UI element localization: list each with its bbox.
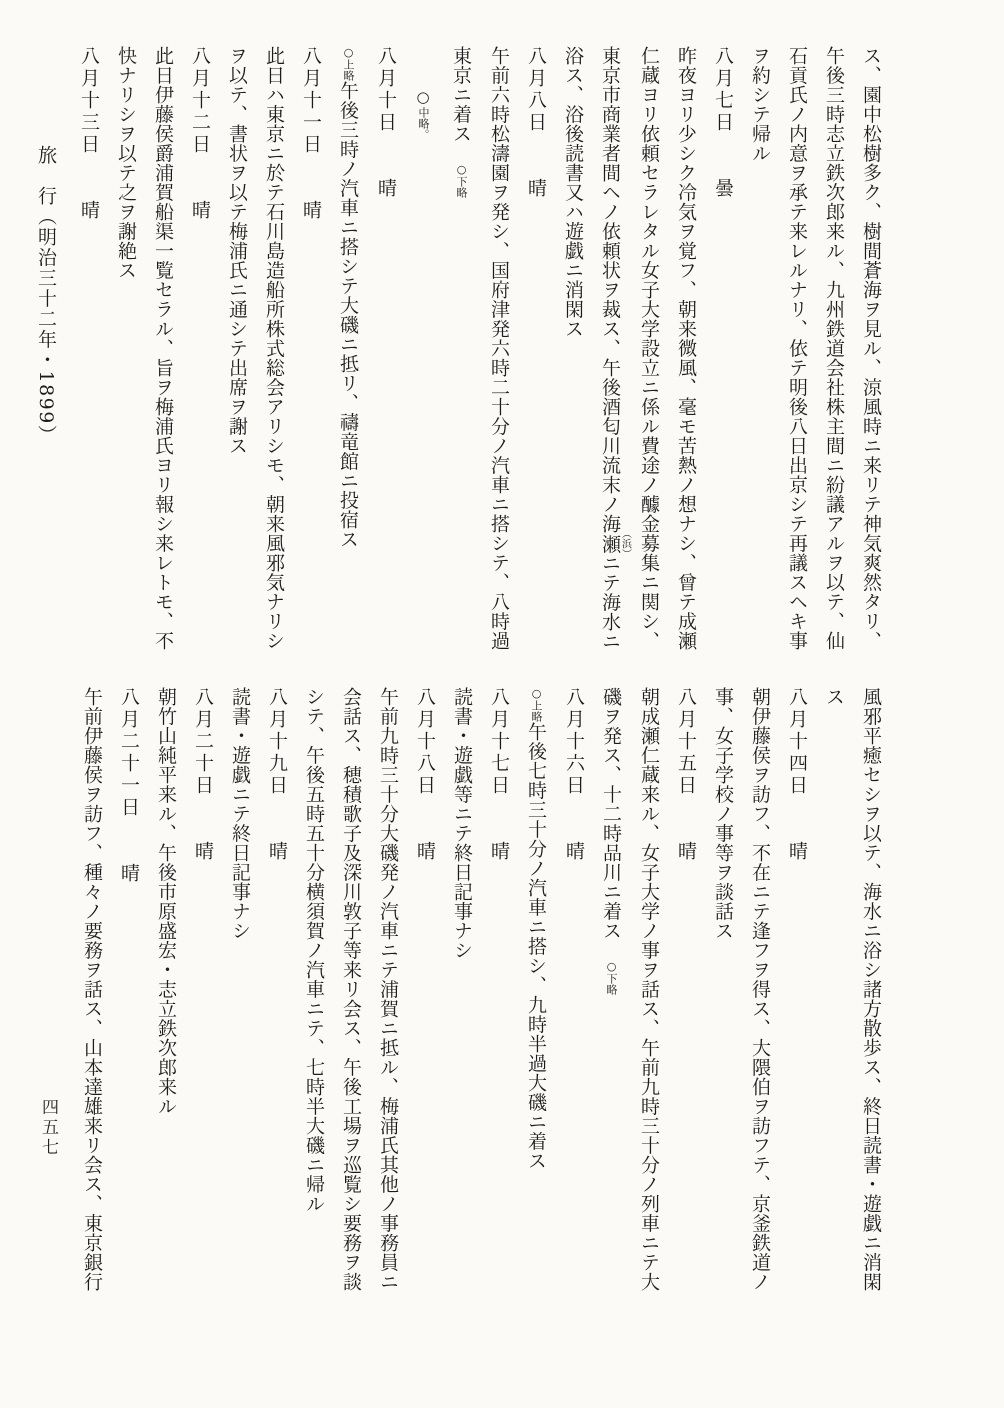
text-run: 快ナリシヲ以テ之ヲ謝絶ス xyxy=(115,46,137,280)
text-run: 八月二十日 晴 xyxy=(192,687,214,863)
page-number: 四五七 xyxy=(36,1098,61,1158)
text-run: 八月十七日 晴 xyxy=(488,687,510,863)
text-column-body: 午前九時三十分大磯発ノ汽車ニテ浦賀ニ抵ル、梅浦氏其他ノ事務員ニ xyxy=(369,687,406,1332)
text-column-body: ヲ以テ、書状ヲ以テ梅浦氏ニ通シテ出席ヲ謝ス xyxy=(218,46,255,691)
text-column-body: 朝竹山純平来ル、午後市原盛宏・志立鉄次郎来ル xyxy=(147,687,184,1332)
text-column-date: 八月十四日 晴 xyxy=(778,687,815,1332)
text-column-note: ○中略。 xyxy=(404,46,442,691)
text-run: 八月十二日 晴 xyxy=(189,46,211,222)
text-run: 午前九時三十分大磯発ノ汽車ニテ浦賀ニ抵ル、梅浦氏其他ノ事務員ニ xyxy=(377,687,399,1292)
text-column-body: 読書・遊戯ニテ終日記事ナシ xyxy=(221,687,258,1332)
text-column-body: 風邪平癒セシヲ以テ、海水ニ浴シ諸方散歩ス、終日読書・遊戯ニ消閑 xyxy=(852,687,889,1332)
text-run: 朝竹山純平来ル、午後市原盛宏・志立鉄次郎来ル xyxy=(155,687,177,1116)
text-run: 午後七時三十分ノ汽車ニ搭シ、九時半過大磯ニ着ス xyxy=(525,722,547,1171)
text-run: ス xyxy=(823,687,845,707)
text-column-date: 八月二十一日 晴 xyxy=(110,687,147,1332)
text-column-body: 此日伊藤侯爵浦賀船渠一覧セラル、旨ヲ梅浦氏ヨリ報シ来レトモ、不 xyxy=(144,46,181,691)
text-column-date: 八月十五日 晴 xyxy=(667,687,704,1332)
running-title: 旅 行（明治三十二年・1899） xyxy=(27,46,64,691)
text-run: 八月二十一日 晴 xyxy=(118,687,140,885)
text-run: 八月十日 晴 xyxy=(375,46,397,200)
text-run: 読書・遊戯ニテ終日記事ナシ xyxy=(229,687,251,941)
text-column-date: 八月十六日 晴 xyxy=(555,687,592,1332)
text-column-body: 事、女子学校ノ事等ヲ談話ス xyxy=(704,687,741,1332)
text-run: 風邪平癒セシヲ以テ、海水ニ浴シ諸方散歩ス、終日読書・遊戯ニ消閑 xyxy=(860,687,882,1292)
ruby-annotated-char: 瀬（浜） xyxy=(599,534,621,554)
text-column-date: 八月十日 晴 xyxy=(367,46,404,691)
text-column-body: ス xyxy=(815,687,852,1332)
text-run: 八月十九日 晴 xyxy=(266,687,288,863)
text-run: 八月十八日 晴 xyxy=(414,687,436,863)
bottom-columns: 風邪平癒セシヲ以テ、海水ニ浴シ諸方散歩ス、終日読書・遊戯ニ消閑ス八月十四日 晴朝… xyxy=(73,687,889,1332)
text-column-body: シテ、午後五時五十分横須賀ノ汽車ニテ、七時半大磯ニ帰ル xyxy=(295,687,332,1332)
text-run: ヲ約シテ帰ル xyxy=(749,46,771,163)
text-run: 午前伊藤侯ヲ訪フ、種々ノ要務ヲ話ス、山本達雄来リ会ス、東京銀行 xyxy=(81,687,103,1292)
text-run: 午後三時志立鉄次郎来ル、九州鉄道会社株主間ニ紛議アルヲ以テ、仙 xyxy=(823,46,845,651)
text-run: ニテ海水ニ xyxy=(599,554,621,652)
text-run: 浴ス、浴後読書又ハ遊戯ニ消閑ス xyxy=(562,46,584,339)
text-run: シテ、午後五時五十分横須賀ノ汽車ニテ、七時半大磯ニ帰ル xyxy=(303,687,325,1214)
text-run: 昨夜ヨリ少シク冷気ヲ覚フ、朝来微風、毫モ苦熱ノ想ナシ、曾テ成瀬 xyxy=(675,46,697,651)
text-run: 八月八日 晴 xyxy=(525,46,547,200)
text-column-body: 昨夜ヨリ少シク冷気ヲ覚フ、朝来微風、毫モ苦熱ノ想ナシ、曾テ成瀬 xyxy=(667,46,704,691)
text-column-date: 八月二十日 晴 xyxy=(184,687,221,1332)
text-run: 八月七日 曇 xyxy=(712,46,734,200)
text-run: ヲ以テ、書状ヲ以テ梅浦氏ニ通シテ出席ヲ謝ス xyxy=(226,46,248,456)
text-column-body: 仁蔵ヨリ依頼セラレタル女子大学設立ニ係ル費途ノ醵金募集ニ関シ、 xyxy=(630,46,667,691)
inline-abbrev-note: ○上略 xyxy=(342,46,355,81)
text-run: 八月十三日 晴 xyxy=(78,46,100,222)
text-column-body: 石貢氏ノ内意ヲ承テ来レルナリ、依テ明後八日出京シテ再議スヘキ事 xyxy=(778,46,815,691)
inline-abbrev-note: ○上略 xyxy=(530,687,543,722)
text-run: 朝伊藤侯ヲ訪フ、不在ニテ逢フヲ得ス、大隈伯ヲ訪フテ、京釜鉄道ノ xyxy=(749,687,771,1292)
text-column-date: 八月七日 曇 xyxy=(704,46,741,691)
text-run: 東京ニ着ス xyxy=(450,46,472,163)
text-column-body: 東京市商業者間ヘノ依頼状ヲ裁ス、午後酒匂川流末ノ海瀬（浜）ニテ海水ニ xyxy=(591,46,630,691)
bottom-text-block: 風邪平癒セシヲ以テ、海水ニ浴シ諸方散歩ス、終日読書・遊戯ニ消閑ス八月十四日 晴朝… xyxy=(73,687,889,1332)
text-column-date: 八月十八日 晴 xyxy=(406,687,443,1332)
text-run: 事、女子学校ノ事等ヲ談話ス xyxy=(712,687,734,941)
text-column-date: 八月十九日 晴 xyxy=(258,687,295,1332)
text-column-body: 浴ス、浴後読書又ハ遊戯ニ消閑ス xyxy=(554,46,591,691)
text-column-body: 磯ヲ発ス、十二時品川ニ着ス ○下略 xyxy=(592,687,630,1332)
text-run: ス、園中松樹多ク、樹間蒼海ヲ見ル、涼風時ニ来リテ神気爽然タリ、 xyxy=(860,46,882,651)
text-column-body: 午前六時松濤園ヲ発シ、国府津発六時二十分ノ汽車ニ搭シテ、八時過 xyxy=(480,46,517,691)
text-column-body: 午後三時志立鉄次郎来ル、九州鉄道会社株主間ニ紛議アルヲ以テ、仙 xyxy=(815,46,852,691)
text-run: 磯ヲ発ス、十二時品川ニ着ス xyxy=(600,687,622,960)
text-run: 朝成瀬仁蔵来ル、女子大学ノ事ヲ話ス、午前九時三十分ノ列車ニテ大 xyxy=(638,687,660,1292)
text-column-body: ○上略午後三時ノ汽車ニ搭シテ大磯ニ抵リ、禱竜館ニ投宿ス xyxy=(329,46,367,691)
text-run: 此日ハ東京ニ於テ石川島造船所株式総会アリシモ、朝来風邪気ナリシ xyxy=(263,46,285,651)
text-column-date: 八月十三日 晴 xyxy=(70,46,107,691)
text-column-body: 快ナリシヲ以テ之ヲ謝絶ス xyxy=(107,46,144,691)
text-column-date: 八月十七日 晴 xyxy=(480,687,517,1332)
book-page: ス、園中松樹多ク、樹間蒼海ヲ見ル、涼風時ニ来リテ神気爽然タリ、午後三時志立鉄次郎… xyxy=(0,0,1004,1408)
text-column-body: ヲ約シテ帰ル xyxy=(741,46,778,691)
text-run: 八月十一日 晴 xyxy=(300,46,322,222)
text-column-body: ス、園中松樹多ク、樹間蒼海ヲ見ル、涼風時ニ来リテ神気爽然タリ、 xyxy=(852,46,889,691)
text-column-date: 八月十二日 晴 xyxy=(181,46,218,691)
text-run: ○ xyxy=(414,88,432,107)
text-column-date: 八月十一日 晴 xyxy=(292,46,329,691)
inline-abbrev-note: ○下略 xyxy=(605,960,618,995)
inline-abbrev-note: ○下略 xyxy=(455,163,468,198)
text-column-body: 午前伊藤侯ヲ訪フ、種々ノ要務ヲ話ス、山本達雄来リ会ス、東京銀行 xyxy=(73,687,110,1332)
text-run: 会話ス、穂積歌子及深川敦子等来リ会ス、午後工場ヲ巡覧シ要務ヲ談 xyxy=(340,687,362,1292)
text-column-body: 読書・遊戯等ニテ終日記事ナシ xyxy=(443,687,480,1332)
top-columns: ス、園中松樹多ク、樹間蒼海ヲ見ル、涼風時ニ来リテ神気爽然タリ、午後三時志立鉄次郎… xyxy=(70,46,889,691)
text-column-body: 朝成瀬仁蔵来ル、女子大学ノ事ヲ話ス、午前九時三十分ノ列車ニテ大 xyxy=(630,687,667,1332)
text-run: 午前六時松濤園ヲ発シ、国府津発六時二十分ノ汽車ニ搭シテ、八時過 xyxy=(488,46,510,651)
text-run: 八月十六日 晴 xyxy=(563,687,585,863)
text-column-body: 此日ハ東京ニ於テ石川島造船所株式総会アリシモ、朝来風邪気ナリシ xyxy=(255,46,292,691)
text-run: 読書・遊戯等ニテ終日記事ナシ xyxy=(451,687,473,960)
text-run: 午後三時ノ汽車ニ搭シテ大磯ニ抵リ、禱竜館ニ投宿ス xyxy=(337,81,359,549)
text-column-date: 八月八日 晴 xyxy=(517,46,554,691)
text-run: 仁蔵ヨリ依頼セラレタル女子大学設立ニ係ル費途ノ醵金募集ニ関シ、 xyxy=(638,46,660,651)
text-run: 八月十五日 晴 xyxy=(675,687,697,863)
text-run: 此日伊藤侯爵浦賀船渠一覧セラル、旨ヲ梅浦氏ヨリ報シ来レトモ、不 xyxy=(152,46,174,651)
top-text-block: ス、園中松樹多ク、樹間蒼海ヲ見ル、涼風時ニ来リテ神気爽然タリ、午後三時志立鉄次郎… xyxy=(27,46,889,691)
text-run: 東京市商業者間ヘノ依頼状ヲ裁ス、午後酒匂川流末ノ海 xyxy=(599,46,621,534)
inline-abbrev-note: 中略。 xyxy=(417,107,430,140)
text-column-body: 朝伊藤侯ヲ訪フ、不在ニテ逢フヲ得ス、大隈伯ヲ訪フテ、京釜鉄道ノ xyxy=(741,687,778,1332)
text-column-body: 東京ニ着ス ○下略 xyxy=(442,46,480,691)
text-run: 石貢氏ノ内意ヲ承テ来レルナリ、依テ明後八日出京シテ再議スヘキ事 xyxy=(786,46,808,651)
text-column-body: 会話ス、穂積歌子及深川敦子等来リ会ス、午後工場ヲ巡覧シ要務ヲ談 xyxy=(332,687,369,1332)
text-run: 八月十四日 晴 xyxy=(786,687,808,863)
text-column-body: ○上略午後七時三十分ノ汽車ニ搭シ、九時半過大磯ニ着ス xyxy=(517,687,555,1332)
